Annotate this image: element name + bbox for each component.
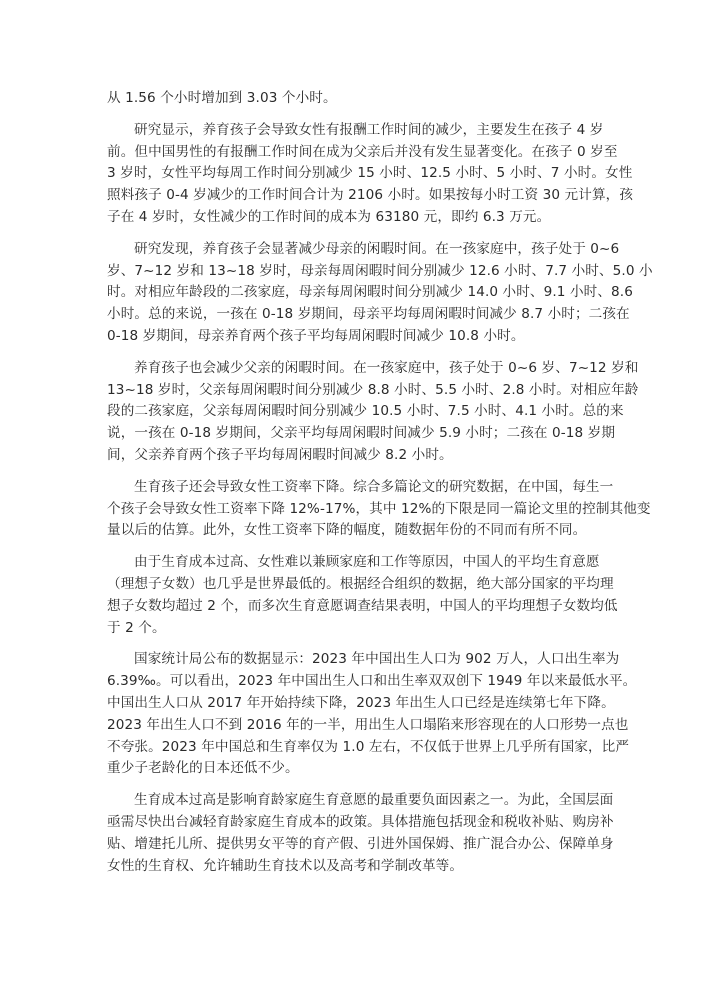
text-line: 想子女数均超过 2 个，而多次生育意愿调查结果表明，中国人的平均理想子女数均低	[107, 596, 607, 618]
text-line: 国家统计局公布的数据显示：2023 年中国出生人口为 902 万人，人口出生率为	[107, 649, 607, 671]
paragraph-8: 生育成本过高是影响育龄家庭生育意愿的最重要负面因素之一。为此，全国层面 亟需尽快…	[107, 790, 607, 877]
text-line: 生育孩子还会导致女性工资率下降。综合多篇论文的研究数据，在中国，每生一	[107, 477, 607, 499]
paragraph-4: 养育孩子也会减少父亲的闲暇时间。在一孩家庭中，孩子处于 0~6 岁、7~12 岁…	[107, 358, 607, 467]
text-line: 于 2 个。	[107, 618, 607, 640]
text-line: 子在 4 岁时，女性减少的工作时间的成本为 63180 元，即约 6.3 万元。	[107, 207, 607, 229]
paragraph-7: 国家统计局公布的数据显示：2023 年中国出生人口为 902 万人，人口出生率为…	[107, 649, 607, 780]
document-body: 从 1.56 个小时增加到 3.03 个小时。 研究显示，养育孩子会导致女性有报…	[107, 88, 607, 887]
text-line: 研究显示，养育孩子会导致女性有报酬工作时间的减少，主要发生在孩子 4 岁	[107, 120, 607, 142]
text-line: 重少子老龄化的日本还低不少。	[107, 758, 607, 780]
text-line: 照料孩子 0-4 岁减少的工作时间合计为 2106 小时。如果按每小时工资 30…	[107, 185, 607, 207]
text-line: 研究发现，养育孩子会显著减少母亲的闲暇时间。在一孩家庭中，孩子处于 0~6	[107, 239, 607, 261]
text-line: 量以后的估算。此外，女性工资率下降的幅度，随数据年份的不同而有所不同。	[107, 520, 607, 542]
text-line: 13~18 岁时，父亲每周闲暇时间分别减少 8.8 小时、5.5 小时、2.8 …	[107, 380, 607, 402]
text-line: 从 1.56 个小时增加到 3.03 个小时。	[107, 88, 607, 110]
paragraph-2: 研究显示，养育孩子会导致女性有报酬工作时间的减少，主要发生在孩子 4 岁 前。但…	[107, 120, 607, 229]
text-line: 前。但中国男性的有报酬工作时间在成为父亲后并没有发生显著变化。在孩子 0 岁至	[107, 142, 607, 164]
text-line: 小时。总的来说，一孩在 0-18 岁期间，母亲平均每周闲暇时间减少 8.7 小时…	[107, 304, 607, 326]
text-line: 亟需尽快出台减轻育龄家庭生育成本的政策。具体措施包括现金和税收补贴、购房补	[107, 812, 607, 834]
paragraph-1: 从 1.56 个小时增加到 3.03 个小时。	[107, 88, 607, 110]
text-line: 时。对相应年龄段的二孩家庭，母亲每周闲暇时间分别减少 14.0 小时、9.1 小…	[107, 282, 607, 304]
text-line: 0-18 岁期间，母亲养育两个孩子平均每周闲暇时间减少 10.8 小时。	[107, 326, 607, 348]
text-line: 岁、7~12 岁和 13~18 岁时，母亲每周闲暇时间分别减少 12.6 小时、…	[107, 261, 607, 283]
text-line: 生育成本过高是影响育龄家庭生育意愿的最重要负面因素之一。为此，全国层面	[107, 790, 607, 812]
text-line: 由于生育成本过高、女性难以兼顾家庭和工作等原因，中国人的平均生育意愿	[107, 552, 607, 574]
paragraph-6: 由于生育成本过高、女性难以兼顾家庭和工作等原因，中国人的平均生育意愿 （理想子女…	[107, 552, 607, 639]
text-line: 说，一孩在 0-18 岁期间，父亲平均每周闲暇时间减少 5.9 小时；二孩在 0…	[107, 423, 607, 445]
text-line: 养育孩子也会减少父亲的闲暇时间。在一孩家庭中，孩子处于 0~6 岁、7~12 岁…	[107, 358, 607, 380]
text-line: 间，父亲养育两个孩子平均每周闲暇时间减少 8.2 小时。	[107, 445, 607, 467]
text-line: 2023 年出生人口不到 2016 年的一半，用出生人口塌陷来形容现在的人口形势…	[107, 715, 607, 737]
text-line: 贴、增建托儿所、提供男女平等的育产假、引进外国保姆、推广混合办公、保障单身	[107, 834, 607, 856]
text-line: 女性的生育权、允许辅助生育技术以及高考和学制改革等。	[107, 856, 607, 878]
text-line: 不夸张。2023 年中国总和生育率仅为 1.0 左右，不仅低于世界上几乎所有国家…	[107, 737, 607, 759]
paragraph-5: 生育孩子还会导致女性工资率下降。综合多篇论文的研究数据，在中国，每生一 个孩子会…	[107, 477, 607, 542]
text-line: 3 岁时，女性平均每周工作时间分别减少 15 小时、12.5 小时、5 小时、7…	[107, 163, 607, 185]
text-line: 段的二孩家庭，父亲每周闲暇时间分别减少 10.5 小时、7.5 小时、4.1 小…	[107, 401, 607, 423]
text-line: （理想子女数）也几乎是世界最低的。根据经合组织的数据，绝大部分国家的平均理	[107, 574, 607, 596]
paragraph-3: 研究发现，养育孩子会显著减少母亲的闲暇时间。在一孩家庭中，孩子处于 0~6 岁、…	[107, 239, 607, 348]
text-line: 6.39‰。可以看出，2023 年中国出生人口和出生率双双创下 1949 年以来…	[107, 671, 607, 693]
text-line: 中国出生人口从 2017 年开始持续下降，2023 年出生人口已经是连续第七年下…	[107, 693, 607, 715]
text-line: 个孩子会导致女性工资率下降 12%-17%，其中 12%的下限是同一篇论文里的控…	[107, 499, 607, 521]
